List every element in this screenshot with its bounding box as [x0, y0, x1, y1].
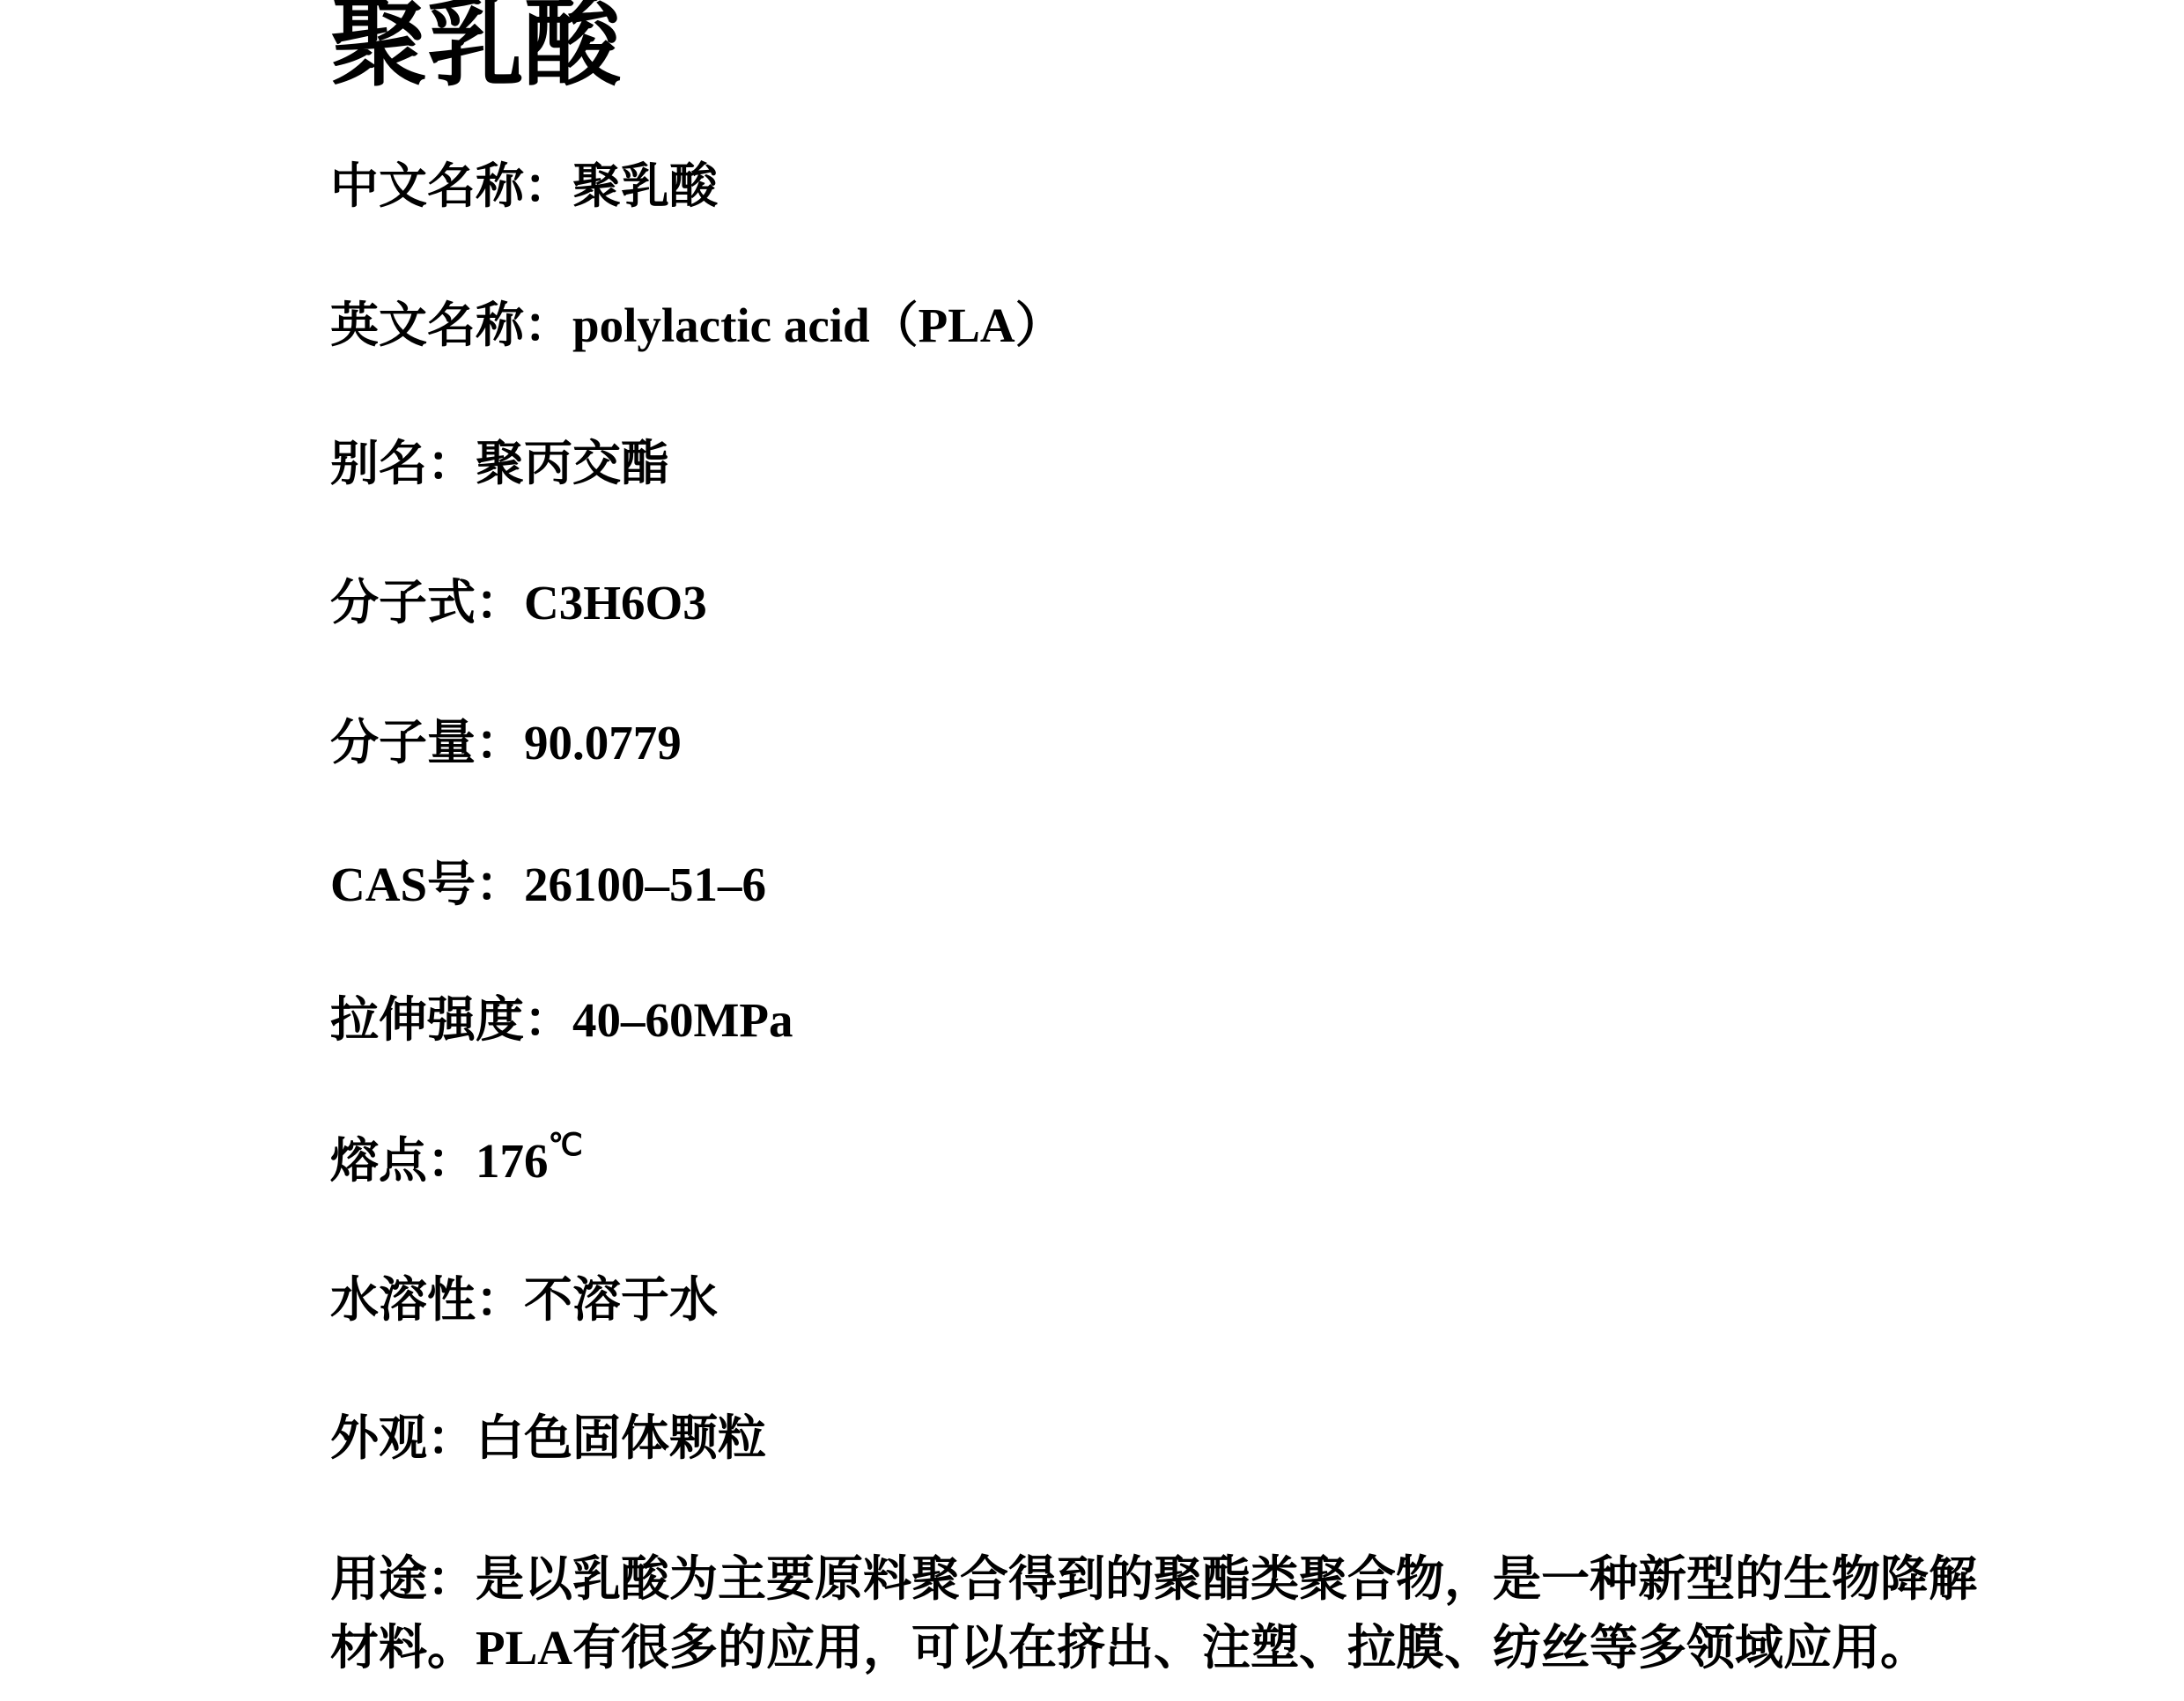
property-label: 别名： — [330, 437, 476, 490]
property-value: polylactic acid（PLA） — [572, 298, 1064, 352]
property-label: 熔点： — [330, 1134, 476, 1188]
property-value: 26100–51–6 — [524, 858, 766, 911]
property-value: 176 — [476, 1134, 549, 1188]
property-line-alias: 别名：聚丙交酯 — [330, 438, 669, 490]
property-value: 40–60MPa — [572, 993, 793, 1047]
property-value: 白色固体颗粒 — [476, 1411, 766, 1465]
property-line-english-name: 英文名称：polylactic acid（PLA） — [330, 300, 1064, 351]
property-line-tensile-strength: 拉伸强度：40–60MPa — [330, 995, 793, 1046]
property-value: C3H6O3 — [524, 576, 707, 630]
usage-paragraph-line-1: 用途：是以乳酸为主要原料聚合得到的聚酯类聚合物，是一种新型的生物降解 — [330, 1554, 1977, 1605]
usage-text: 用途：是以乳酸为主要原料聚合得到的聚酯类聚合物，是一种新型的生物降解 — [330, 1552, 1977, 1606]
property-label: 分子量： — [330, 716, 524, 769]
document-title: 聚乳酸 — [330, 18, 621, 70]
property-label: 英文名称： — [330, 298, 572, 352]
property-label: 水溶性： — [330, 1273, 524, 1327]
property-label: 中文名称： — [330, 159, 572, 213]
usage-text-latin: PLA — [476, 1621, 572, 1675]
property-label: 拉伸强度： — [330, 993, 572, 1047]
property-line-molecular-formula: 分子式：C3H6O3 — [330, 578, 707, 629]
document-page: 聚乳酸 中文名称：聚乳酸 英文名称：polylactic acid（PLA） 别… — [0, 0, 2184, 1701]
property-label: 外观： — [330, 1411, 476, 1465]
property-value: 90.0779 — [524, 716, 682, 769]
property-label: 分子式： — [330, 576, 524, 630]
property-label: CAS号： — [330, 858, 524, 911]
property-line-molecular-weight: 分子量：90.0779 — [330, 718, 682, 769]
property-line-appearance: 外观：白色固体颗粒 — [330, 1413, 766, 1464]
property-line-cas-number: CAS号：26100–51–6 — [330, 859, 766, 910]
property-value: 聚乳酸 — [572, 159, 718, 213]
property-line-chinese-name: 中文名称：聚乳酸 — [330, 161, 718, 212]
usage-text: 材料。 — [330, 1621, 476, 1675]
property-line-melting-point: 熔点：176℃ — [330, 1136, 583, 1187]
melting-point-unit-superscript: ℃ — [549, 1128, 583, 1162]
property-value: 聚丙交酯 — [476, 437, 669, 490]
usage-text: 有很多的应用，可以在挤出、注塑、拉膜、纺丝等多领域应用。 — [572, 1621, 1929, 1675]
property-value: 不溶于水 — [524, 1273, 718, 1327]
usage-paragraph-line-2: 材料。PLA有很多的应用，可以在挤出、注塑、拉膜、纺丝等多领域应用。 — [330, 1623, 1929, 1674]
property-line-water-solubility: 水溶性：不溶于水 — [330, 1275, 718, 1326]
